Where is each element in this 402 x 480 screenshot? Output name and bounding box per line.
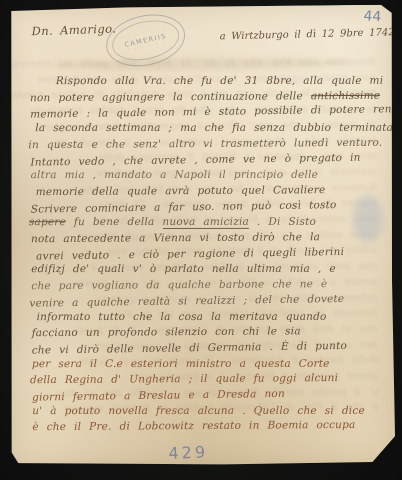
handwritten-text-segment: che pare vogliano da qualche barbone che… xyxy=(31,278,327,292)
handwritten-text-segment: della Regina d' Ungheria ; il quale fu o… xyxy=(30,372,338,386)
handwritten-line: edifizj de' quali v' ò parlato nella ult… xyxy=(31,262,387,278)
handwritten-text-segment: per sera il C.e esteriori ministro a que… xyxy=(32,357,330,369)
letter-page: Rispondo alla Vra. che fu de' 31 8bre, a… xyxy=(7,5,395,467)
handwritten-line: sapere fu bene della nuova amicizia . Di… xyxy=(29,215,387,231)
handwritten-text-segment: in questa e che senz' altro vi trasmette… xyxy=(28,137,382,151)
handwritten-text-segment: facciano un profondo silenzio con chi le… xyxy=(32,326,301,340)
handwritten-text-segment: u' à potuto novella fresca alcuna . Quel… xyxy=(32,405,365,417)
stamp-inner-ring: · · · · · · · CAMERIIS · · · · · · xyxy=(108,15,183,67)
handwritten-text-segment: Rispondo alla Vra. che fu de' 31 8bre, a… xyxy=(56,75,402,87)
handwritten-text-segment: informato tutto che la cosa la meritava … xyxy=(37,310,327,322)
letter-body: Rispondo alla Vra. che fu de' 31 8bre, a… xyxy=(30,73,389,437)
handwritten-line: per sera il C.e esteriori ministro a que… xyxy=(32,356,388,372)
handwritten-line: Rispondo alla Vra. che fu de' 31 8bre, a… xyxy=(30,74,386,90)
handwritten-text-segment: Intanto vedo , che avrete , come ve ne ò… xyxy=(30,151,360,168)
paper-smudge xyxy=(48,57,348,71)
folio-number: 44 xyxy=(363,8,382,25)
handwritten-text-segment: memorie della quale avrà potuto quel Cav… xyxy=(36,184,326,198)
handwritten-line: la seconda settimana ; ma che fia senza … xyxy=(35,121,386,137)
handwritten-text-segment: sapere xyxy=(29,216,66,228)
handwritten-text-segment: . Di Sisto xyxy=(249,216,316,228)
handwritten-text-segment: nota antecedente a Vienna vi tosto dirò … xyxy=(31,231,320,245)
handwritten-text-segment: nuova amicizia xyxy=(162,216,249,229)
handwritten-text-segment: altra mia , mandato a Napoli il principi… xyxy=(31,169,318,181)
handwritten-line: u' à potuto novella fresca alcuna . Quel… xyxy=(32,404,388,420)
handwritten-text-segment: Scrivere cominciare a far uso. non può c… xyxy=(31,199,337,216)
handwritten-text-segment: avrei veduto . e ciò per ragione di queg… xyxy=(36,246,344,263)
handwritten-line: è che il Pre. di Lobcowitz restato in Bo… xyxy=(32,418,388,436)
handwritten-line: altra mia , mandato a Napoli il principi… xyxy=(31,168,387,184)
handwritten-text-segment: la seconda settimana ; ma che fia senza … xyxy=(35,122,393,134)
handwritten-text-segment: è che il Pre. di Lobcowitz restato in Bo… xyxy=(32,419,355,433)
dateline: a Wirtzburgo il dì 12 9bre 1742. xyxy=(219,27,397,42)
archive-number: 429 xyxy=(168,442,208,463)
handwritten-text-segment: edifizj de' quali v' ò parlato nella ult… xyxy=(31,263,336,275)
handwritten-text-segment: antichissime xyxy=(311,89,380,101)
handwritten-text-segment: fu bene della xyxy=(66,216,162,228)
handwritten-text-segment: che vi dirò delle novelle di Germania . … xyxy=(32,340,347,357)
handwritten-text-segment: venire a qualche realtà si realizzi ; de… xyxy=(29,293,344,310)
handwritten-text-segment: non potere aggiungere la continuazione d… xyxy=(30,90,311,104)
handwritten-text-segment: memorie : la quale non mi è stato possib… xyxy=(30,103,402,121)
handwritten-text-segment: giorni fermato a Breslau e a Dresda non xyxy=(32,388,285,404)
photo-background: Rispondo alla Vra. che fu de' 31 8bre, a… xyxy=(0,0,402,480)
handwritten-line: informato tutto che la cosa la meritava … xyxy=(37,309,388,325)
